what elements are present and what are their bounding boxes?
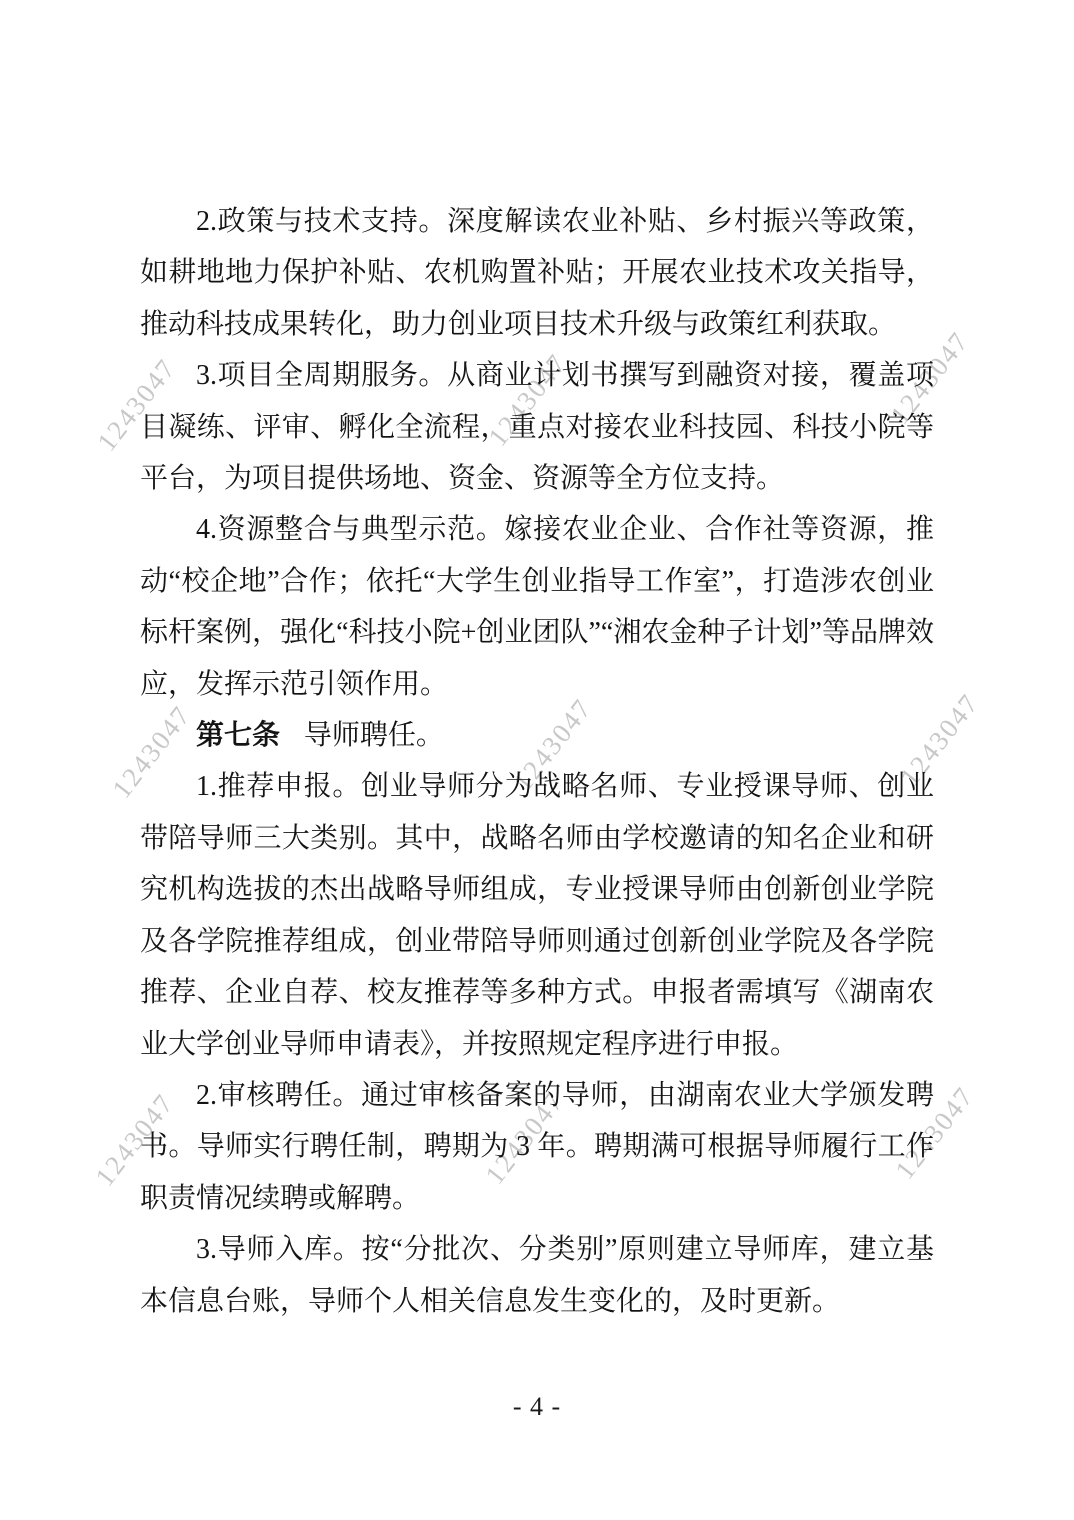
- document-page: 1243047 1243047 1243047 1243047 1243047 …: [0, 0, 1074, 1520]
- document-body: 2.政策与技术支持。深度解读农业补贴、乡村振兴等政策，如耕地地力保护补贴、农机购…: [140, 196, 934, 1327]
- paragraph-review-appoint: 2.审核聘任。通过审核备案的导师，由湖南农业大学颁发聘书。导师实行聘任制，聘期为…: [140, 1070, 934, 1224]
- paragraph-resource-demo: 4.资源整合与典型示范。嫁接农业企业、合作社等资源，推动“校企地”合作；依托“大…: [140, 504, 934, 710]
- article-number: 第七条: [196, 720, 280, 751]
- page-number: - 4 -: [0, 1392, 1074, 1422]
- paragraph-project-service: 3.项目全周期服务。从商业计划书撰写到融资对接，覆盖项目凝练、评审、孵化全流程，…: [140, 350, 934, 504]
- article-title: 导师聘任。: [304, 720, 444, 751]
- paragraph-mentor-database: 3.导师入库。按“分批次、分类别”原则建立导师库，建立基本信息台账，导师个人相关…: [140, 1224, 934, 1327]
- paragraph-recommend-apply: 1.推荐申报。创业导师分为战略名师、专业授课导师、创业带陪导师三大类别。其中，战…: [140, 761, 934, 1069]
- article-7-heading: 第七条导师聘任。: [140, 710, 934, 761]
- paragraph-policy-support: 2.政策与技术支持。深度解读农业补贴、乡村振兴等政策，如耕地地力保护补贴、农机购…: [140, 196, 934, 350]
